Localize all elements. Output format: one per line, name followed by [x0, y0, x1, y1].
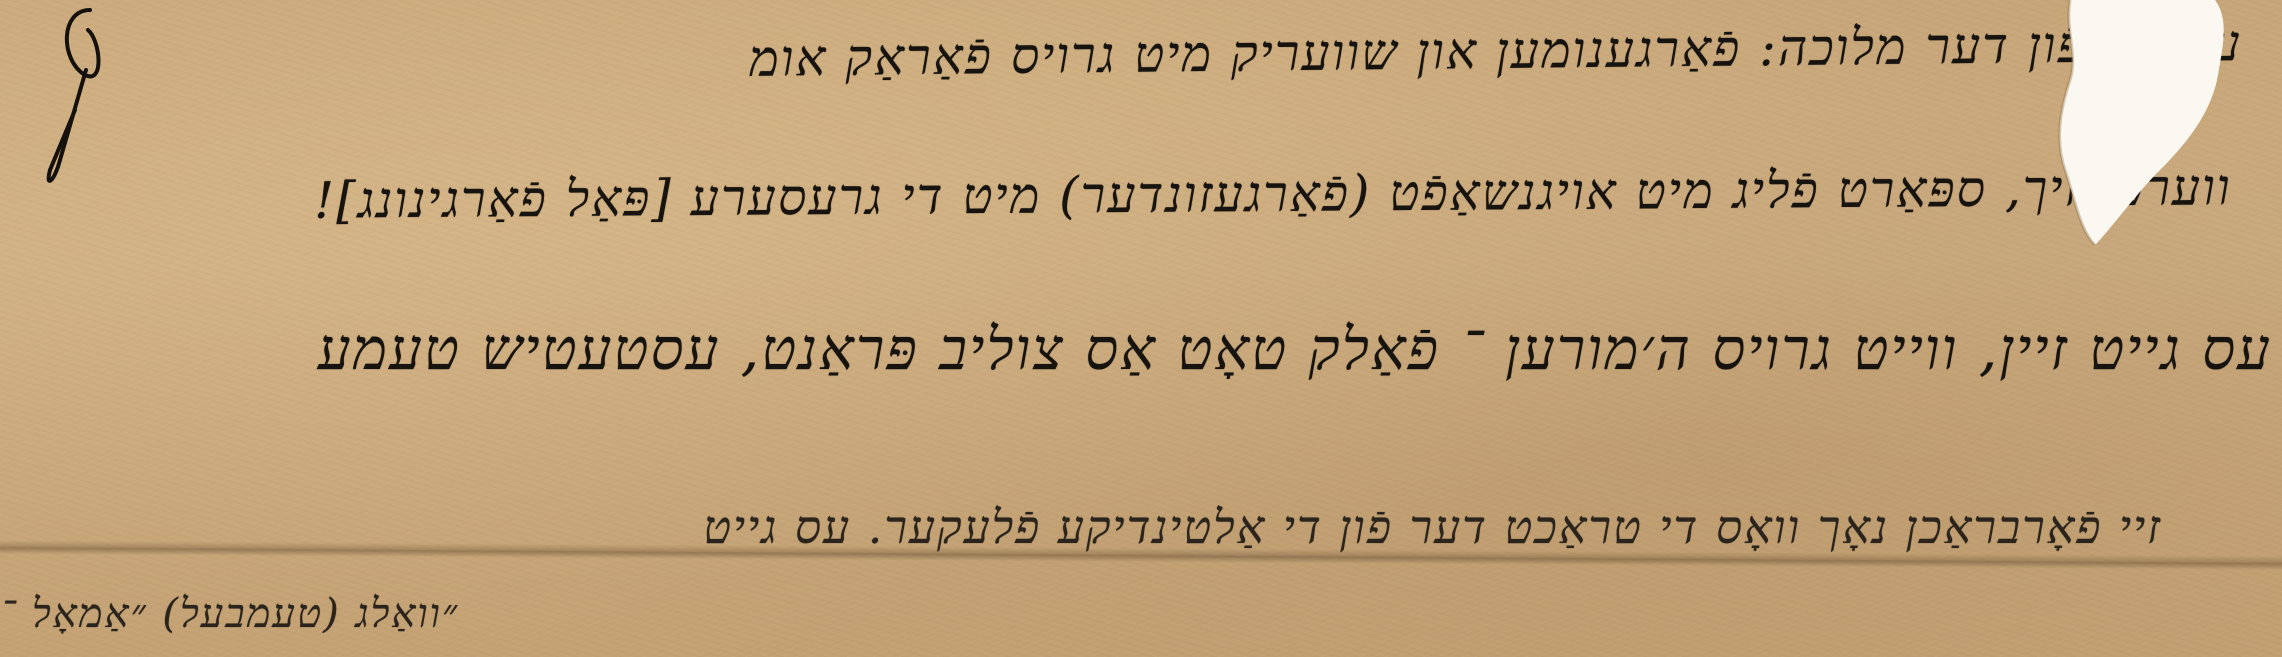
manuscript-line-5: ״וואַלג (טעמבעל) ״אַמאָל ־: [0, 590, 459, 637]
manuscript-line-1: ע׳ וואו פֿון דער מלוכה: פֿאַרגענומען און…: [749, 14, 2242, 88]
torn-paper-hole: [2040, 0, 2240, 250]
manuscript-line-3: עס גייט זיין, ווייט גרויס ה׳מורען ־ פֿאַ…: [318, 315, 2272, 383]
manuscript-page: ע׳ וואו פֿון דער מלוכה: פֿאַרגענומען און…: [0, 0, 2282, 657]
manuscript-line-2: ווערטן זיך, ספּאַרט פֿליג מיט אויגנשאַפֿ…: [314, 158, 2232, 229]
ink-flourish: [20, 0, 140, 200]
